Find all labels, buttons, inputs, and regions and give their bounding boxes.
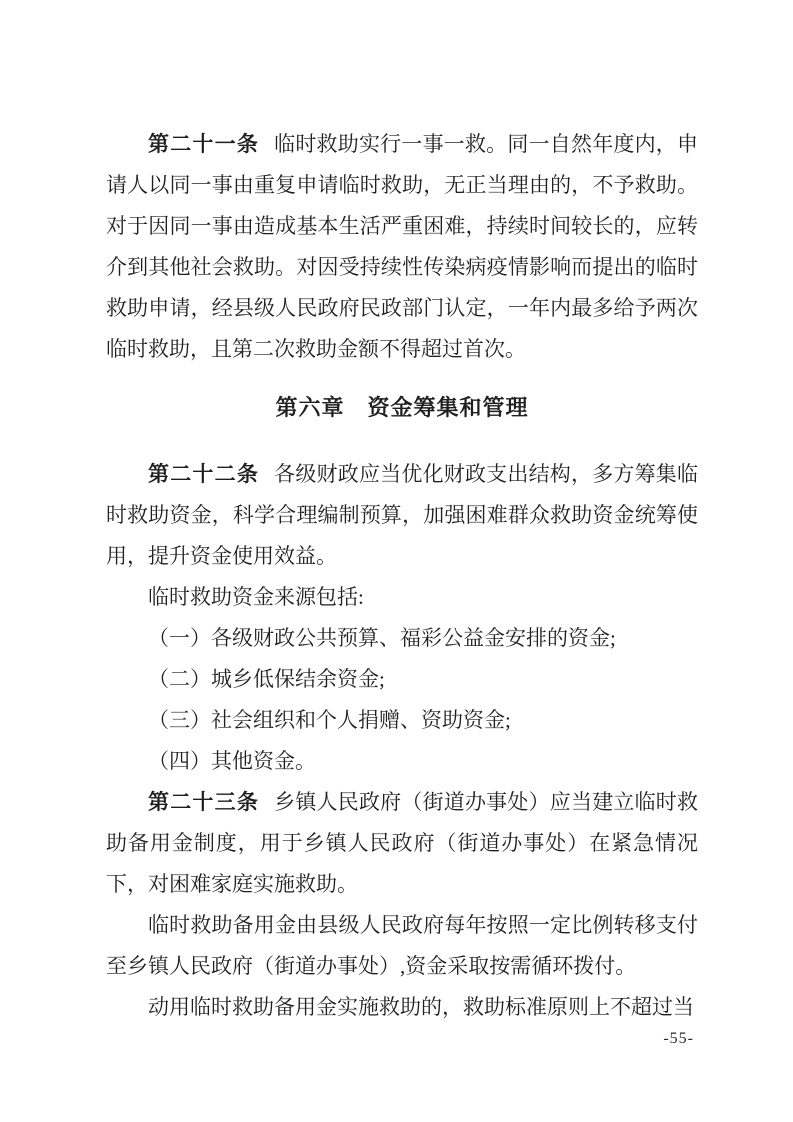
article-23-number: 第二十三条 (148, 791, 259, 814)
article-23-paragraph-3: 动用临时救助备用金实施救助的，救助标准原则上不超过当 (106, 987, 698, 1028)
funding-source-item-1: （一）各级财政公共预算、福彩公益金安排的资金; (106, 618, 698, 659)
paragraph-article-21: 第二十一条临时救助实行一事一救。同一自然年度内，申请人以同一事由重复申请临时救助… (106, 124, 698, 370)
document-page: 第二十一条临时救助实行一事一救。同一自然年度内，申请人以同一事由重复申请临时救助… (0, 0, 793, 1122)
funding-sources-intro: 临时救助资金来源包括: (106, 577, 698, 618)
funding-source-item-3: （三）社会组织和个人捐赠、资助资金; (106, 700, 698, 741)
paragraph-article-22: 第二十二条各级财政应当优化财政支出结构，多方筹集临时救助资金，科学合理编制预算，… (106, 454, 698, 577)
document-body: 第二十一条临时救助实行一事一救。同一自然年度内，申请人以同一事由重复申请临时救助… (106, 124, 698, 1028)
article-21-number: 第二十一条 (148, 133, 259, 156)
chapter-6-heading: 第六章 资金筹集和管理 (106, 387, 698, 428)
funding-source-item-4: （四）其他资金。 (106, 741, 698, 782)
article-21-text: 临时救助实行一事一救。同一自然年度内，申请人以同一事由重复申请临时救助，无正当理… (106, 132, 698, 361)
article-22-number: 第二十二条 (148, 463, 259, 486)
page-number: -55- (663, 1030, 694, 1048)
funding-source-item-2: （二）城乡低保结余资金; (106, 659, 698, 700)
paragraph-article-23: 第二十三条乡镇人民政府（街道办事处）应当建立临时救助备用金制度，用于乡镇人民政府… (106, 782, 698, 905)
article-23-paragraph-2: 临时救助备用金由县级人民政府每年按照一定比例转移支付至乡镇人民政府（街道办事处）… (106, 905, 698, 987)
